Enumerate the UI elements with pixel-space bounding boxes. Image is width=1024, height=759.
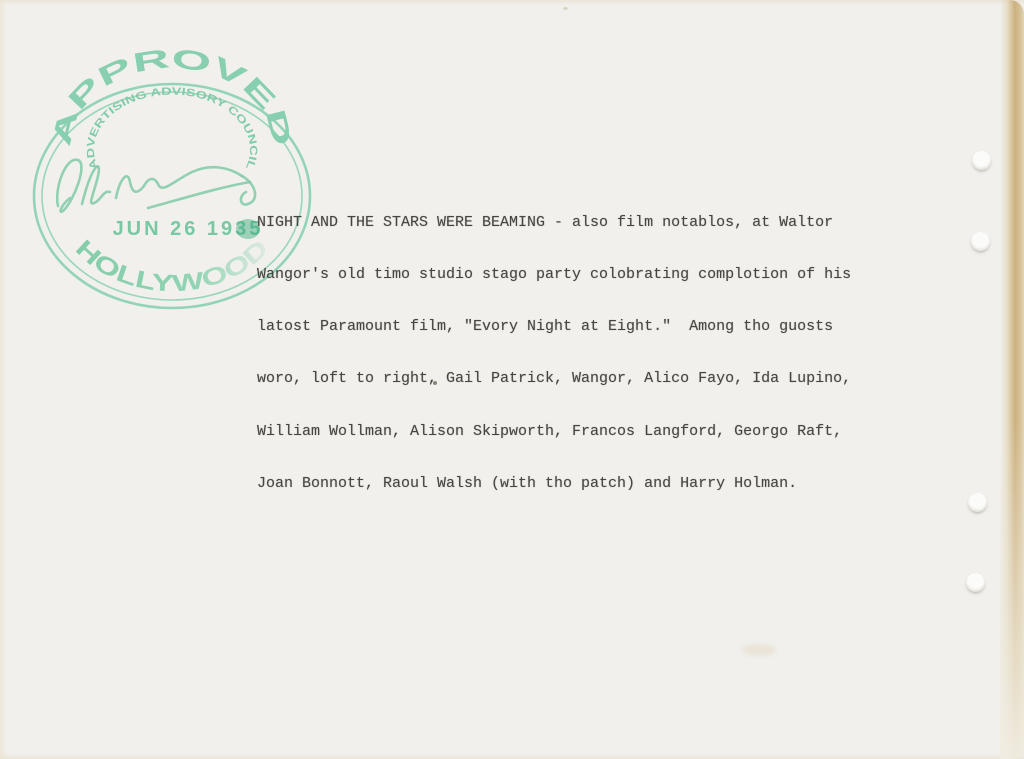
stamp-council-text: ADVERTISING ADVISORY COUNCIL	[85, 85, 259, 171]
signature-stroke	[116, 167, 242, 198]
caption-line: NIGHT AND THE STARS WERE BEAMING - also …	[257, 214, 851, 231]
paper-edge-left	[0, 0, 7, 759]
stamp-hollywood-text: HOLLYWOOD	[70, 235, 274, 298]
paper-edge-top	[0, 0, 1024, 5]
punch-hole	[971, 232, 990, 251]
signature-stroke	[82, 166, 110, 204]
punch-hole	[972, 151, 991, 170]
paper-speck	[563, 7, 568, 10]
typed-caption: NIGHT AND THE STARS WERE BEAMING - also …	[257, 179, 851, 527]
caption-line: woro, loft to right, Gail Patrick, Wango…	[257, 370, 851, 387]
signature-stroke	[241, 176, 255, 205]
paper-edge-bottom	[0, 753, 1024, 759]
caption-line: Joan Bonnott, Raoul Walsh (with tho patc…	[257, 475, 851, 492]
caption-line: latost Paramount film, "Evory Night at E…	[257, 318, 851, 335]
photo-back-page: APPROVED ADVERTISING ADVISORY COUNCIL JU…	[0, 0, 1024, 759]
punch-hole	[968, 493, 987, 512]
signature	[57, 160, 255, 212]
svg-text:ADVERTISING ADVISORY COUNCIL: ADVERTISING ADVISORY COUNCIL	[85, 85, 259, 171]
signature-stroke	[148, 182, 250, 208]
paper-smudge	[742, 644, 776, 656]
punch-hole	[966, 573, 985, 592]
caption-line: Wangor's old timo studio stago party col…	[257, 266, 851, 283]
caption-line: William Wollman, Alison Skipworth, Franc…	[257, 423, 851, 440]
paper-edge-right-fade	[1000, 0, 1024, 759]
signature-stroke	[57, 160, 81, 212]
svg-text:HOLLYWOOD: HOLLYWOOD	[70, 235, 274, 298]
